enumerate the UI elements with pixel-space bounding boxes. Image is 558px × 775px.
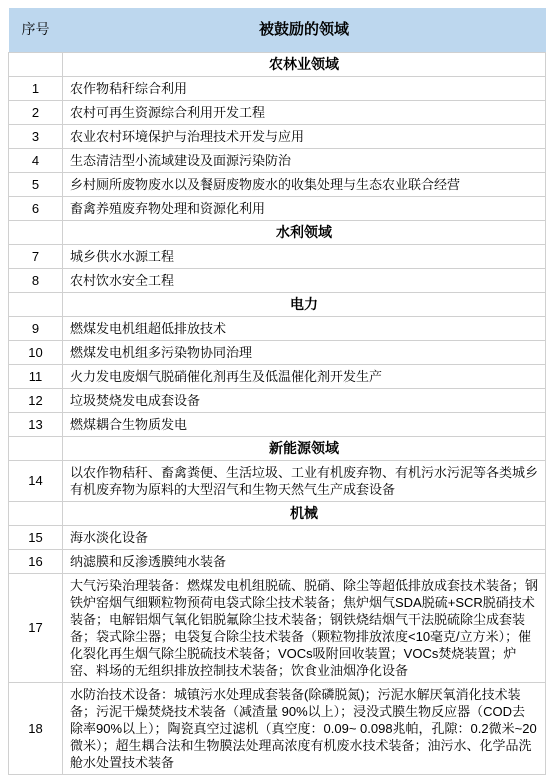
section-row: 水利领域 <box>9 220 546 244</box>
section-row: 机械 <box>9 501 546 525</box>
table-row: 9燃煤发电机组超低排放技术 <box>9 316 546 340</box>
table-row: 3农业农村环境保护与治理技术开发与应用 <box>9 124 546 148</box>
row-number: 5 <box>9 172 63 196</box>
section-row: 农林业领域 <box>9 52 546 76</box>
table-row: 6畜禽养殖废弃物处理和资源化利用 <box>9 196 546 220</box>
document-page: 序号 被鼓励的领域 农林业领域1农作物秸秆综合利用2农村可再生资源综合利用开发工… <box>0 0 558 775</box>
section-empty-cell <box>9 436 63 460</box>
row-text: 火力发电废烟气脱硝催化剂再生及低温催化剂开发生产 <box>63 364 546 388</box>
section-empty-cell <box>9 292 63 316</box>
section-empty-cell <box>9 52 63 76</box>
table-row: 12垃圾焚烧发电成套设备 <box>9 388 546 412</box>
section-label: 水利领域 <box>63 220 546 244</box>
row-number: 10 <box>9 340 63 364</box>
row-text: 生态清洁型小流域建设及面源污染防治 <box>63 148 546 172</box>
row-number: 9 <box>9 316 63 340</box>
row-text: 大气污染治理装备：燃煤发电机组脱硫、脱硝、除尘等超低排放成套技术装备；钢铁炉窑烟… <box>63 573 546 682</box>
table-row: 17大气污染治理装备：燃煤发电机组脱硫、脱硝、除尘等超低排放成套技术装备；钢铁炉… <box>9 573 546 682</box>
table-row: 14以农作物秸秆、畜禽粪便、生活垃圾、工业有机废弃物、有机污水污泥等各类城乡有机… <box>9 460 546 501</box>
row-number: 11 <box>9 364 63 388</box>
row-number: 18 <box>9 682 63 774</box>
table-body: 农林业领域1农作物秸秆综合利用2农村可再生资源综合利用开发工程3农业农村环境保护… <box>9 52 546 774</box>
section-row: 电力 <box>9 292 546 316</box>
section-empty-cell <box>9 220 63 244</box>
row-text: 燃煤发电机组多污染物协同治理 <box>63 340 546 364</box>
table-row: 2农村可再生资源综合利用开发工程 <box>9 100 546 124</box>
row-text: 水防治技术设备：城镇污水处理成套装备(除磷脱氮)；污泥水解厌氧消化技术装备；污泥… <box>63 682 546 774</box>
row-text: 农村饮水安全工程 <box>63 268 546 292</box>
row-number: 14 <box>9 460 63 501</box>
row-text: 燃煤耦合生物质发电 <box>63 412 546 436</box>
row-number: 1 <box>9 76 63 100</box>
table-row: 13燃煤耦合生物质发电 <box>9 412 546 436</box>
row-text: 农业农村环境保护与治理技术开发与应用 <box>63 124 546 148</box>
row-text: 纳滤膜和反渗透膜纯水装备 <box>63 549 546 573</box>
section-label: 农林业领域 <box>63 52 546 76</box>
table-row: 5乡村厕所废物废水以及餐厨废物废水的收集处理与生态农业联合经营 <box>9 172 546 196</box>
table-row: 7城乡供水水源工程 <box>9 244 546 268</box>
table-row: 8农村饮水安全工程 <box>9 268 546 292</box>
row-number: 8 <box>9 268 63 292</box>
table-row: 15海水淡化设备 <box>9 525 546 549</box>
table-header-row: 序号 被鼓励的领域 <box>9 8 546 52</box>
column-header-encouraged-fields: 被鼓励的领域 <box>63 8 546 52</box>
row-number: 6 <box>9 196 63 220</box>
row-number: 13 <box>9 412 63 436</box>
row-number: 2 <box>9 100 63 124</box>
row-number: 4 <box>9 148 63 172</box>
row-text: 乡村厕所废物废水以及餐厨废物废水的收集处理与生态农业联合经营 <box>63 172 546 196</box>
table-row: 1农作物秸秆综合利用 <box>9 76 546 100</box>
encouraged-fields-table: 序号 被鼓励的领域 农林业领域1农作物秸秆综合利用2农村可再生资源综合利用开发工… <box>8 8 546 775</box>
table-row: 4生态清洁型小流域建设及面源污染防治 <box>9 148 546 172</box>
table-row: 16纳滤膜和反渗透膜纯水装备 <box>9 549 546 573</box>
row-number: 3 <box>9 124 63 148</box>
column-header-index: 序号 <box>9 8 63 52</box>
row-text: 垃圾焚烧发电成套设备 <box>63 388 546 412</box>
row-text: 农村可再生资源综合利用开发工程 <box>63 100 546 124</box>
section-empty-cell <box>9 501 63 525</box>
section-label: 机械 <box>63 501 546 525</box>
row-number: 12 <box>9 388 63 412</box>
row-text: 海水淡化设备 <box>63 525 546 549</box>
row-text: 农作物秸秆综合利用 <box>63 76 546 100</box>
section-label: 电力 <box>63 292 546 316</box>
row-number: 15 <box>9 525 63 549</box>
row-number: 17 <box>9 573 63 682</box>
row-text: 城乡供水水源工程 <box>63 244 546 268</box>
row-text: 以农作物秸秆、畜禽粪便、生活垃圾、工业有机废弃物、有机污水污泥等各类城乡有机废弃… <box>63 460 546 501</box>
table-row: 11火力发电废烟气脱硝催化剂再生及低温催化剂开发生产 <box>9 364 546 388</box>
row-text: 燃煤发电机组超低排放技术 <box>63 316 546 340</box>
section-label: 新能源领域 <box>63 436 546 460</box>
table-row: 10燃煤发电机组多污染物协同治理 <box>9 340 546 364</box>
row-number: 7 <box>9 244 63 268</box>
section-row: 新能源领域 <box>9 436 546 460</box>
row-text: 畜禽养殖废弃物处理和资源化利用 <box>63 196 546 220</box>
table-row: 18水防治技术设备：城镇污水处理成套装备(除磷脱氮)；污泥水解厌氧消化技术装备；… <box>9 682 546 774</box>
row-number: 16 <box>9 549 63 573</box>
